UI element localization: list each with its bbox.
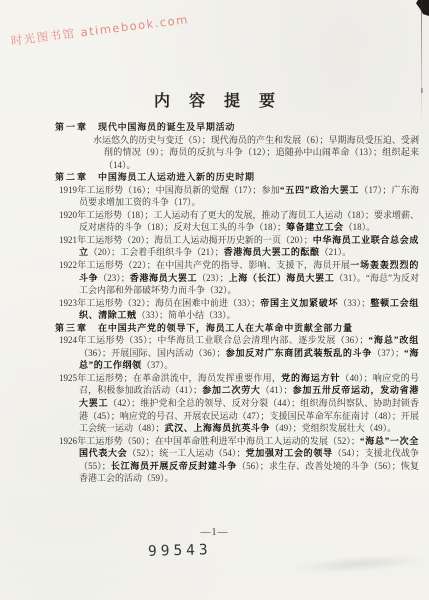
toc-entry-emphasis: 香港海员大罢工的酝酿 xyxy=(224,247,320,257)
chapter-label: 第三章 xyxy=(55,323,88,333)
page-title: 内容提要 xyxy=(0,88,429,111)
scan-smudge xyxy=(292,551,428,576)
stamp-number: 99543 xyxy=(148,542,212,560)
chapter-title: 现代中国海员的诞生及早期活动 xyxy=(98,122,235,132)
toc-entry-text: 1921年工运形势（20）；海员工人运动揭开历史新的一页（20）； xyxy=(59,235,313,245)
toc-entry-text: 1924年工运形势（35）；中华海员工业联合总会清理内部、逐步发展（36）； xyxy=(59,335,368,345)
toc-entry-emphasis: 筹备建立工会 xyxy=(286,222,344,232)
chapter-heading-3: 第三章在中国共产党的领导下，海员工人在大革命中贡献全部力量 xyxy=(0,322,419,335)
toc-entry-emphasis: 参加反对广东商团武装叛乱的斗争 xyxy=(226,348,373,358)
toc-entry-text: （52）；统一工人运动（54）； xyxy=(127,448,245,458)
page-number: —1— xyxy=(0,527,429,538)
toc-entry-text: （33）； xyxy=(338,298,370,308)
chapter-label: 第二章 xyxy=(55,172,88,182)
chapter-label: 第一章 xyxy=(55,122,88,132)
toc: 第一章现代中国海员的诞生及早期活动水运悠久的历史与变迁（5）；现代海员的产生和发… xyxy=(0,121,429,485)
toc-entry: 1920年工运形势（18）；工人运动有了更大的发展，推动了海员工人运动（18）；… xyxy=(0,209,419,234)
toc-entry: 1921年工运形势（20）；海员工人运动揭开历史新的一页（20）；中华海员工业联… xyxy=(0,234,419,259)
toc-entry: 1922年工运形势（22）；在中国共产党的指导、影响、支援下，海员开展一场轰轰烈… xyxy=(0,259,419,297)
toc-entry: 1923年工运形势（32）；海员在困难中前进（33）；帝国主义加紧破坏（33）；… xyxy=(0,297,419,322)
chapter-heading-2: 第二章中国海员工人运动进入新的历史时期 xyxy=(0,171,419,184)
toc-entry-text: （36）；开展国际、国内活动（36）； xyxy=(79,348,226,358)
toc-entry-text: （41）； xyxy=(261,385,293,395)
toc-entry-emphasis: “五四”政治大罢工 xyxy=(280,185,359,195)
toc-entry: 1919年工运形势（16）；中国海员新的觉醒（17）；参加“五四”政治大罢工（1… xyxy=(0,184,419,209)
toc-entry: 1926年工运形势（50）；在中国革命胜利进军中海员工人运动的发展（52）；“海… xyxy=(0,435,419,485)
toc-entry-emphasis: 上海（长江）海员大罢工 xyxy=(229,273,335,283)
chapter-heading-1: 第一章现代中国海员的诞生及早期活动 xyxy=(0,121,419,134)
toc-entry-text: （49）；党组织发展壮大（49）。 xyxy=(270,423,396,433)
chapter-title: 在中国共产党的领导下，海员工人在大革命中贡献全部力量 xyxy=(98,323,353,333)
library-watermark: 时光图书馆 atimebook.com xyxy=(10,11,190,49)
toc-entry-emphasis: 帝国主义加紧破坏 xyxy=(260,298,338,308)
toc-entry-emphasis: 香港海员大罢工 xyxy=(130,273,197,283)
toc-entry-text: （33）；简单小结（33）。 xyxy=(137,310,236,320)
scan-corner-artifact xyxy=(416,0,429,16)
toc-entry-text: （37）。 xyxy=(142,360,174,370)
toc-entry-emphasis: 参加二次劳大 xyxy=(202,385,261,395)
toc-entry-text: （37）； xyxy=(372,348,404,358)
toc-entry-text: 1926年工运形势（50）；在中国革命胜利进军中海员工人运动的发展（52）； xyxy=(59,436,360,446)
toc-entry: 水运悠久的历史与变迁（5）；现代海员的产生和发展（6）；早期海员受压迫、受剥削的… xyxy=(0,134,419,172)
toc-entry-emphasis: “海总”改组 xyxy=(368,335,419,345)
toc-entry-text: 1922年工运形势（22）；在中国共产党的指导、影响、支援下，海员开展 xyxy=(59,260,350,270)
toc-entry-text: 1919年工运形势（16）；中国海员新的觉醒（17）；参加 xyxy=(59,185,280,195)
scanned-book-page: 时光图书馆 atimebook.com 内容提要 第一章现代中国海员的诞生及早期… xyxy=(0,0,429,600)
toc-entry-text: （21）。 xyxy=(320,247,352,257)
toc-entry-emphasis: 党的海运方针 xyxy=(281,373,340,383)
toc-entry-text: （18）。 xyxy=(344,222,376,232)
toc-entry-text: 1923年工运形势（32）；海员在困难中前进（33）； xyxy=(59,298,260,308)
toc-entry-text: （20）；工会着手组织斗争（21）； xyxy=(89,247,224,257)
toc-entry-text: （23）； xyxy=(98,273,130,283)
toc-entry-text: 水运悠久的历史与变迁（5）；现代海员的产生和发展（6）；早期海员受压迫、受剥削的… xyxy=(93,135,419,170)
toc-entry: 1924年工运形势（35）；中华海员工业联合总会清理内部、逐步发展（36）；“海… xyxy=(0,334,419,372)
toc-entry-text: 1925年工运形势；在革命洪流中，海员发挥重要作用， xyxy=(59,373,281,383)
toc-entry-text: （23）； xyxy=(197,273,229,283)
toc-entry-emphasis: 党加强对工会的领导 xyxy=(246,448,333,458)
toc-entry: 1925年工运形势；在革命洪流中，海员发挥重要作用，党的海运方针（40）；响应党… xyxy=(0,372,419,435)
chapter-title: 中国海员工人运动进入新的历史时期 xyxy=(98,172,255,182)
toc-entry-emphasis: 长江海员开展反帝反封建斗争 xyxy=(111,461,237,471)
toc-entry-emphasis: 武汉、上海海员抗英斗争 xyxy=(165,423,271,433)
